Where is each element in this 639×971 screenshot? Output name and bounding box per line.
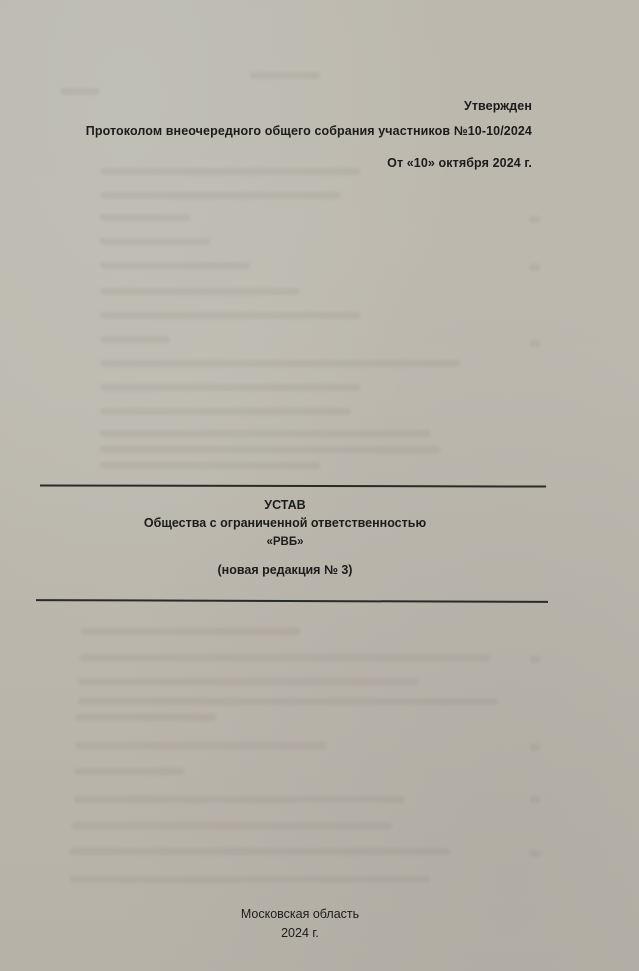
approval-date: От «10» октября 2024 г.	[387, 156, 532, 170]
organization-name: «РВБ»	[90, 536, 480, 548]
edition-note: (новая редакция № 3)	[90, 563, 480, 577]
protocol-line: Протоколом внеочередного общего собрания…	[86, 124, 532, 138]
document-type-text: УСТАВ	[90, 498, 480, 512]
top-divider	[40, 484, 546, 487]
document-type: УСТАВ	[90, 498, 480, 512]
bottom-divider	[36, 599, 548, 602]
organization-form: Общества с ограниченной ответственностью	[90, 516, 480, 530]
approved-label: Утвержден	[464, 99, 532, 113]
footer-year: 2024 г.	[150, 926, 450, 940]
edition-note-text: (новая редакция № 3)	[90, 563, 480, 577]
organization-form-text: Общества с ограниченной ответственностью	[90, 516, 480, 530]
footer-place: Московская область	[150, 907, 450, 921]
paper-page: Утвержден Протоколом внеочередного общег…	[0, 0, 639, 971]
organization-name-text: «РВБ»	[90, 536, 480, 548]
